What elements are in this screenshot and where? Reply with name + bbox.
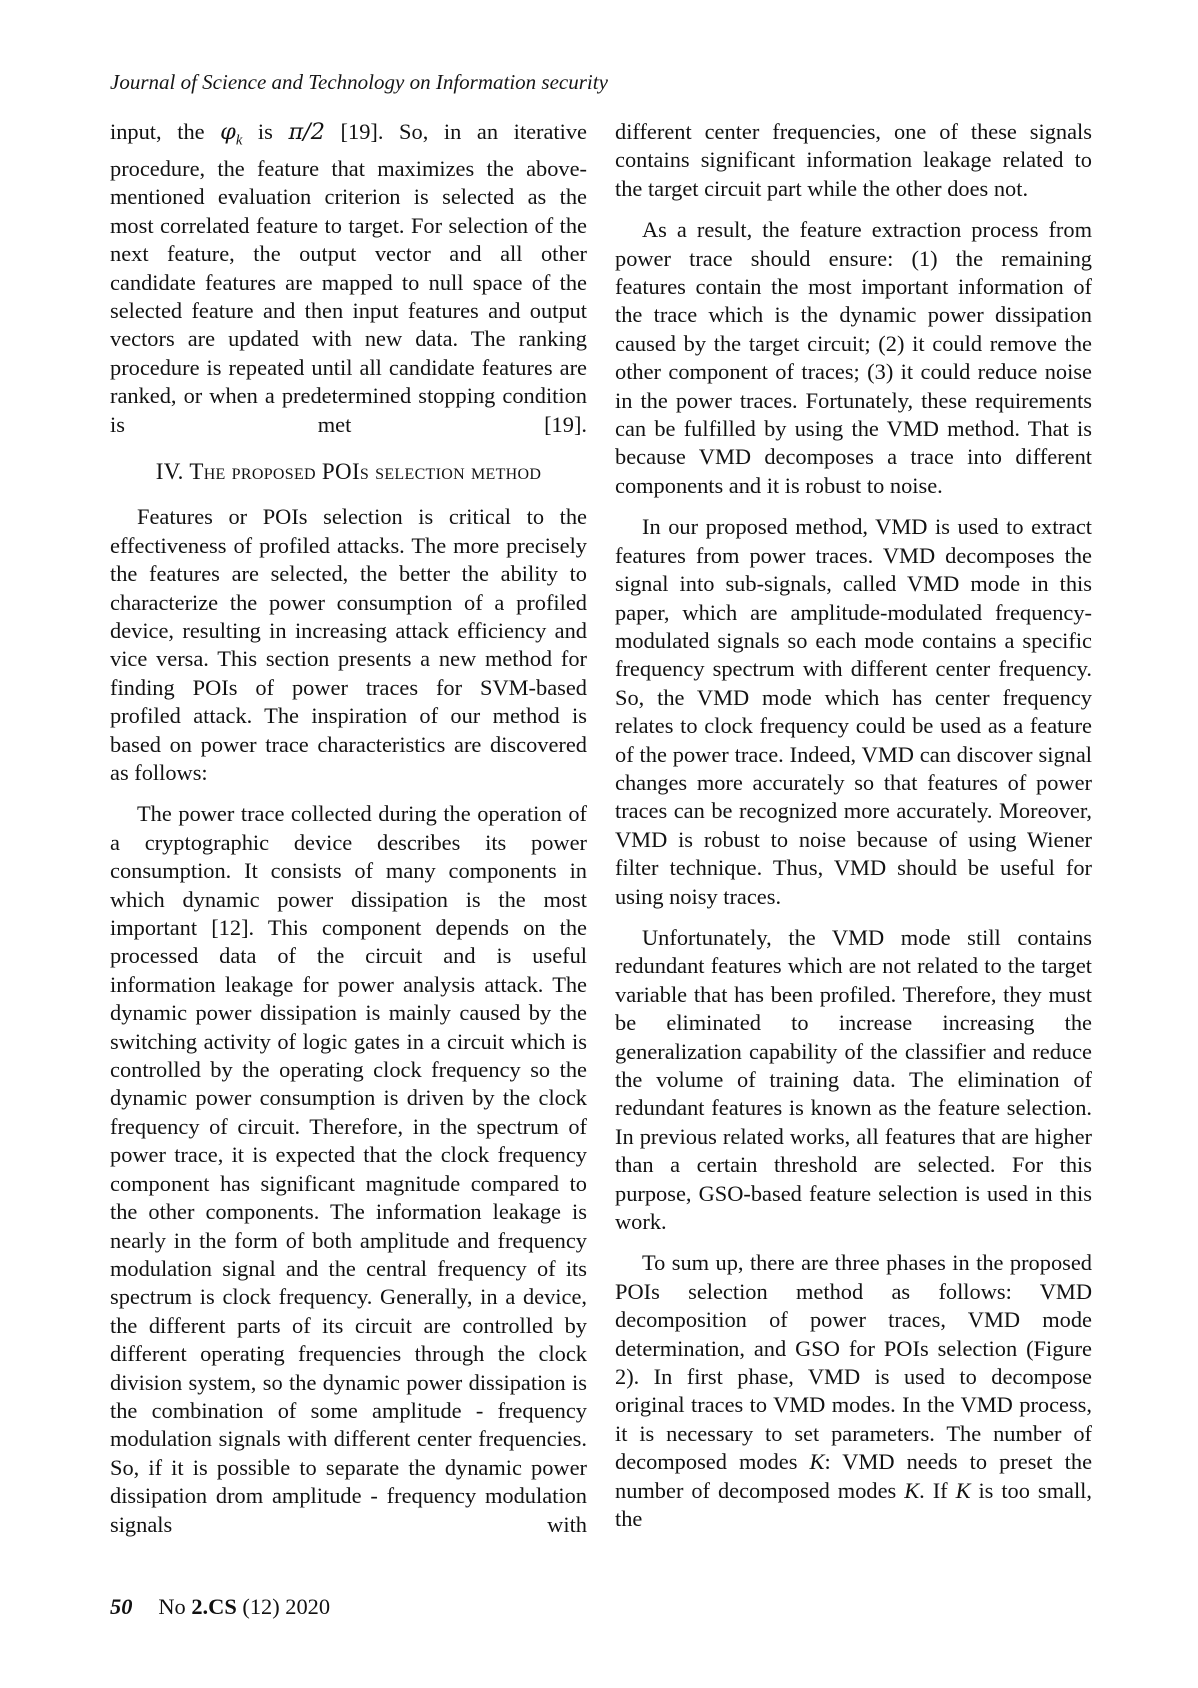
journal-page: Journal of Science and Technology on Inf… (0, 0, 1198, 1688)
phi-k-symbol: φ (220, 119, 236, 145)
para-input-continuation: input, the φk is π/2 [19]. So, in an ite… (110, 118, 587, 439)
issue-info: No 2.CS (12) 2020 (158, 1594, 330, 1619)
para-features-selection: Features or POIs selection is critical t… (110, 503, 587, 787)
left-column: input, the φk is π/2 [19]. So, in an ite… (110, 118, 587, 1552)
para-text-run: To sum up, there are three phases in the… (615, 1250, 1092, 1474)
para-text-run: input, the (110, 119, 220, 144)
para-summary: To sum up, there are three phases in the… (615, 1249, 1092, 1533)
journal-header: Journal of Science and Technology on Inf… (110, 70, 1090, 95)
issue-year: (12) 2020 (237, 1594, 330, 1619)
k-variable: K (904, 1478, 919, 1503)
page-number: 50 (110, 1594, 132, 1619)
para-feature-extraction: As a result, the feature extraction proc… (615, 216, 1092, 500)
page-footer: 50No 2.CS (12) 2020 (110, 1594, 330, 1620)
para-text-run: is (242, 119, 288, 144)
para-proposed-method: In our proposed method, VMD is used to e… (615, 513, 1092, 911)
section-heading: IV. The proposed POIs selection method (110, 458, 587, 486)
issue-text: No (158, 1594, 191, 1619)
para-power-trace: The power trace collected during the ope… (110, 800, 587, 1539)
k-variable: K (810, 1449, 825, 1474)
pi-fraction: π/2 (288, 119, 325, 145)
k-variable: K (956, 1478, 971, 1503)
para-redundant-features: Unfortunately, the VMD mode still contai… (615, 924, 1092, 1236)
para-center-frequencies: different center frequencies, one of the… (615, 118, 1092, 203)
para-text-run: . If (919, 1478, 955, 1503)
right-column: different center frequencies, one of the… (615, 118, 1092, 1552)
issue-number: 2.CS (191, 1594, 236, 1619)
page-content: input, the φk is π/2 [19]. So, in an ite… (110, 118, 1092, 1552)
para-text-run: [19]. So, in an iterative procedure, the… (110, 119, 587, 437)
